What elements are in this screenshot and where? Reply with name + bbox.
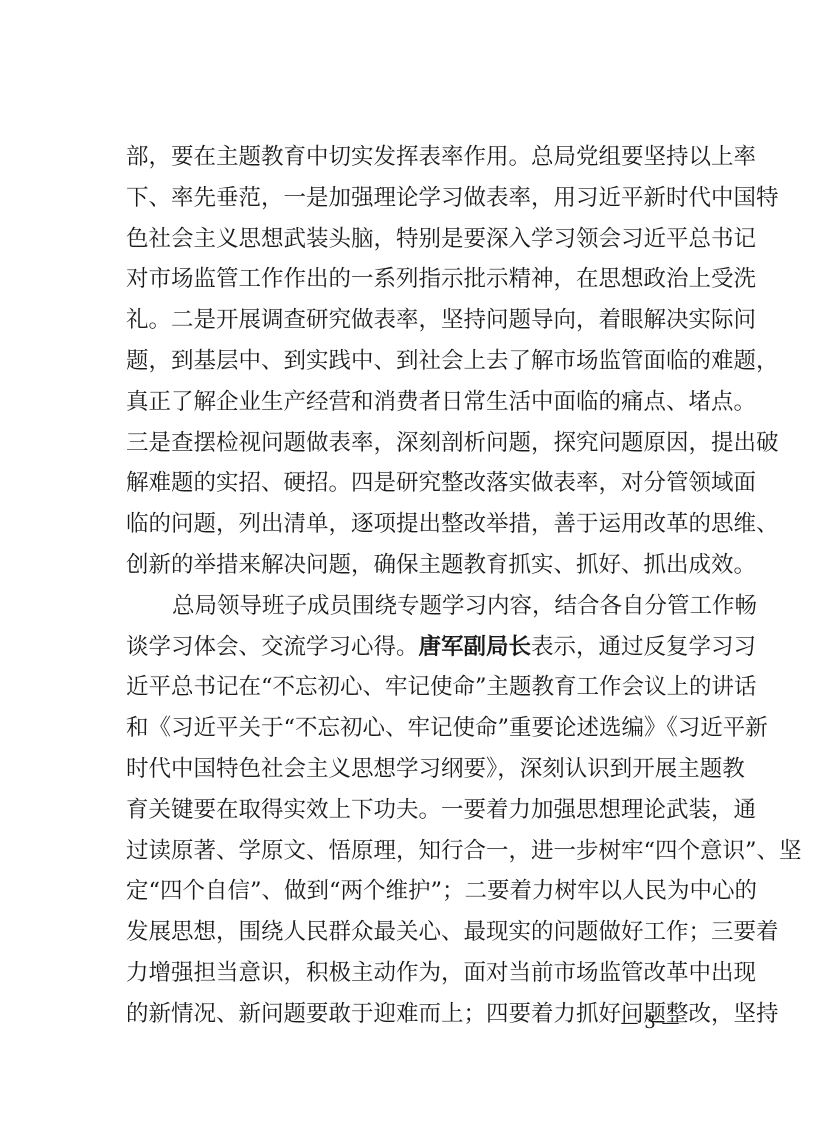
text-line: 创新的举措来解决问题，确保主题教育抓实、抓好、抓出成效。: [126, 545, 696, 586]
text-line: 临的问题，列出清单，逐项提出整改举措，善于运用改革的思维、: [126, 504, 696, 545]
text-line: 力增强担当意识，积极主动作为，面对当前市场监管改革中出现: [126, 953, 696, 994]
document-page: 部，要在主题教育中切实发挥表率作用。总局党组要坚持以上率 下、率先垂范，一是加强…: [0, 0, 816, 1145]
text-line: 时代中国特色社会主义思想学习纲要》，深刻认识到开展主题教: [126, 749, 696, 790]
text-line: 过读原著、学原文、悟原理，知行合一，进一步树牢“四个意识”、坚: [126, 831, 696, 872]
text-line: 近平总书记在“不忘初心、牢记使命”主题教育工作会议上的讲话: [126, 667, 696, 708]
text-line: 定“四个自信”、做到“两个维护”；二要着力树牢以人民为中心的: [126, 871, 696, 912]
body-text: 部，要在主题教育中切实发挥表率作用。总局党组要坚持以上率 下、率先垂范，一是加强…: [126, 137, 696, 1035]
text-segment: 表示，通过反复学习习: [531, 634, 756, 660]
text-line: 题，到基层中、到实践中、到社会上去了解市场监管面临的难题，: [126, 341, 696, 382]
text-line: 育关键要在取得实效上下功夫。一要着力加强思想理论武装，通: [126, 790, 696, 831]
text-line: 的新情况、新问题要敢于迎难而上；四要着力抓好问题整改，坚持: [126, 994, 696, 1035]
paragraph-1: 部，要在主题教育中切实发挥表率作用。总局党组要坚持以上率 下、率先垂范，一是加强…: [126, 137, 696, 586]
page-number: — 3 —: [620, 1012, 680, 1033]
text-line: 和《习近平关于“不忘初心、牢记使命”重要论述选编》《习近平新: [126, 708, 696, 749]
text-line: 总局领导班子成员围绕专题学习内容，结合各自分管工作畅: [126, 586, 696, 627]
text-line: 三是查摆检视问题做表率，深刻剖析问题，探究问题原因，提出破: [126, 423, 696, 464]
text-line: 解难题的实招、硬招。四是研究整改落实做表率，对分管领域面: [126, 463, 696, 504]
text-line: 真正了解企业生产经营和消费者日常生活中面临的痛点、堵点。: [126, 382, 696, 423]
text-line: 部，要在主题教育中切实发挥表率作用。总局党组要坚持以上率: [126, 137, 696, 178]
text-line: 下、率先垂范，一是加强理论学习做表率，用习近平新时代中国特: [126, 178, 696, 219]
text-line: 对市场监管工作作出的一系列指示批示精神，在思想政治上受洗: [126, 259, 696, 300]
text-line: 礼。二是开展调查研究做表率，坚持问题导向，着眼解决实际问: [126, 300, 696, 341]
text-line: 发展思想，围绕人民群众最关心、最现实的问题做好工作；三要着: [126, 912, 696, 953]
speaker-name: 唐军副局长: [419, 634, 532, 660]
paragraph-2: 总局领导班子成员围绕专题学习内容，结合各自分管工作畅 谈学习体会、交流学习心得。…: [126, 586, 696, 1035]
text-line: 色社会主义思想武装头脑，特别是要深入学习领会习近平总书记: [126, 219, 696, 260]
text-line: 谈学习体会、交流学习心得。唐军副局长表示，通过反复学习习: [126, 627, 696, 668]
text-segment: 谈学习体会、交流学习心得。: [126, 634, 419, 660]
